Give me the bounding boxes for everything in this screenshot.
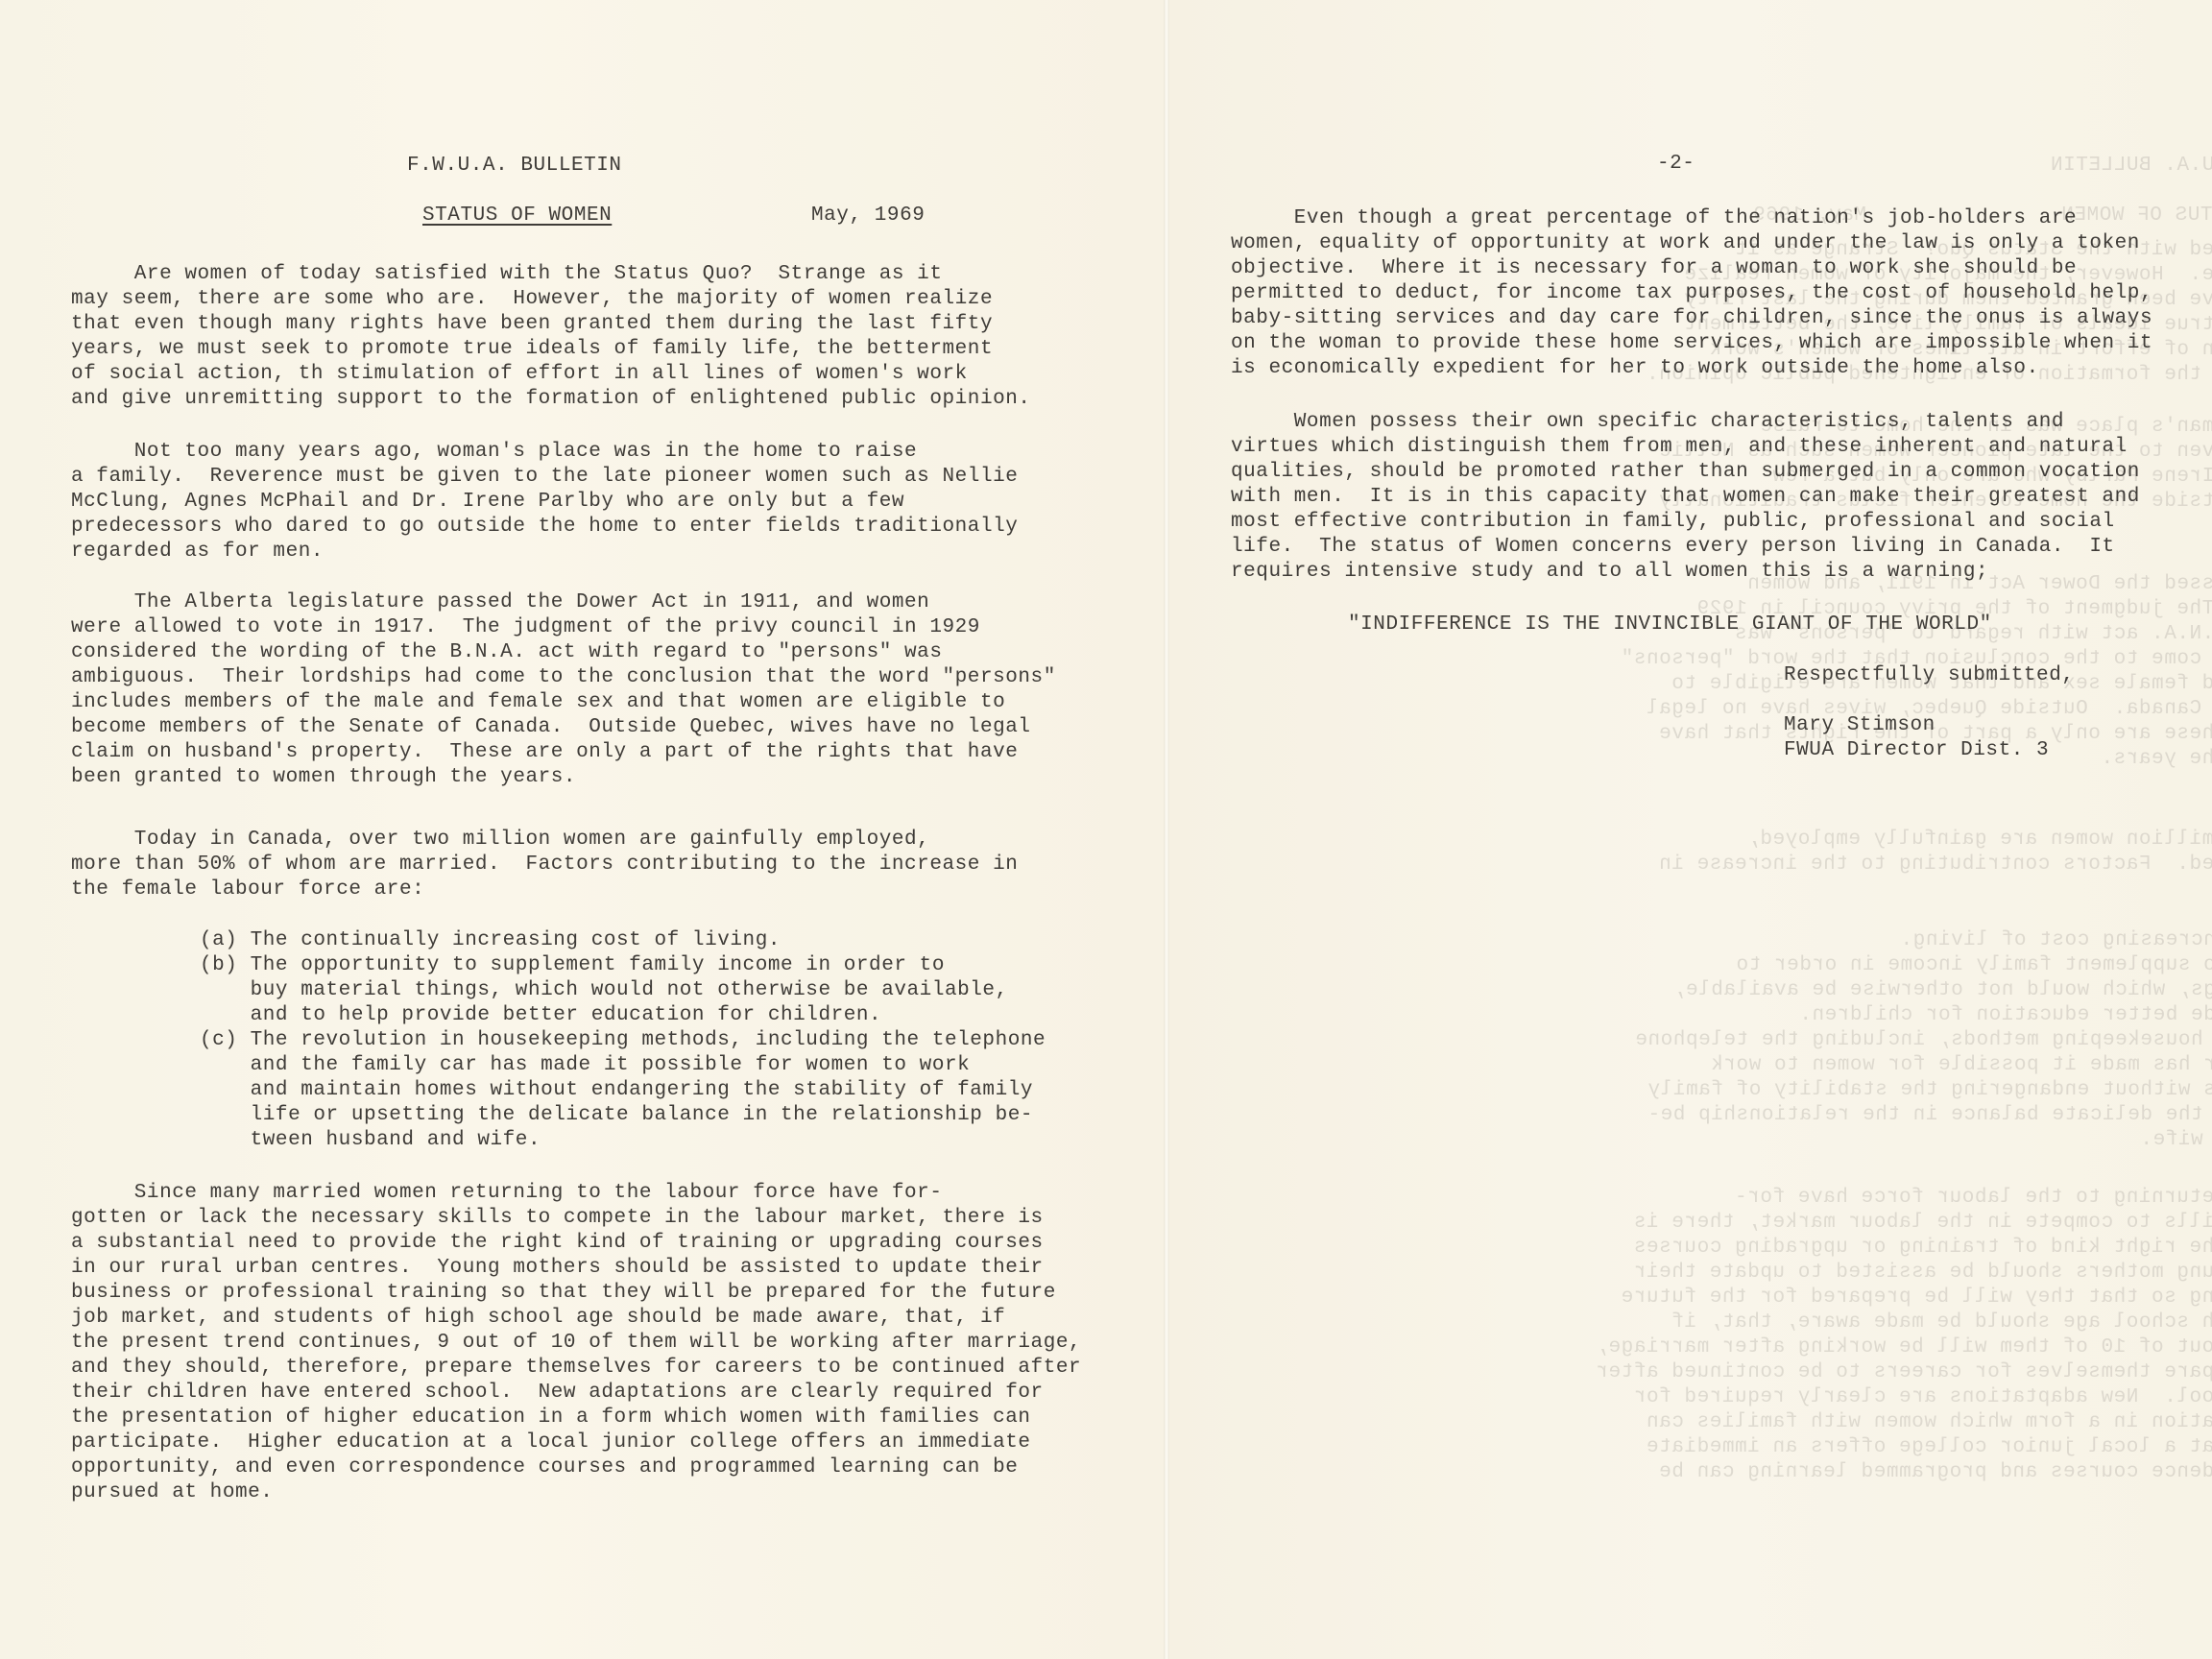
- bleed-line: job market, and students of high school …: [1671, 1310, 2212, 1335]
- text-line: in our rural urban centres. Young mother…: [71, 1256, 1044, 1281]
- text-line: participate. Higher education at a local…: [71, 1431, 1031, 1455]
- text-line: McClung, Agnes McPhail and Dr. Irene Par…: [71, 490, 904, 515]
- quote-indifference: "INDIFFERENCE IS THE INVINCIBLE GIANT OF…: [1348, 613, 1992, 637]
- text-line: a substantial need to provide the right …: [71, 1231, 1044, 1256]
- text-line: The Alberta legislature passed the Dower…: [71, 590, 929, 615]
- text-line: the presentation of higher education in …: [71, 1406, 1031, 1431]
- text-line: the present trend continues, 9 out of 10…: [71, 1331, 1081, 1356]
- bleed-line: been granted to women through the years.: [2101, 747, 2212, 772]
- text-line: considered the wording of the B.N.A. act…: [71, 640, 943, 665]
- bleed-line: F.W.U.A. BULLETIN: [2050, 154, 2212, 179]
- text-line: Today in Canada, over two million women …: [71, 828, 929, 853]
- bleed-line: opportunity, and even correspondence cou…: [1659, 1460, 2212, 1485]
- bleed-line: STATUS OF WOMEN: [2061, 204, 2212, 228]
- text-line: and they should, therefore, prepare them…: [71, 1356, 1081, 1381]
- list-item: tween husband and wife.: [200, 1128, 541, 1153]
- text-line: Are women of today satisfied with the St…: [71, 262, 943, 287]
- list-item: (c) The revolution in housekeeping metho…: [200, 1028, 1046, 1053]
- page-number: -2-: [1657, 152, 1695, 177]
- right-page: F.W.U.A. BULLETIN STATUS OF WOMEN May, 1…: [1169, 0, 2212, 1659]
- closing-line: Respectfully submitted,: [1784, 663, 2075, 688]
- text-line: requires intensive study and to all wome…: [1231, 560, 1988, 585]
- list-item: and to help provide better education for…: [200, 1003, 881, 1028]
- text-line: Not too many years ago, woman's place wa…: [71, 440, 917, 465]
- text-line: that even though many rights have been g…: [71, 312, 993, 337]
- bleed-line: in our rural urban centres. Young mother…: [1633, 1261, 2212, 1286]
- bleed-line: Since many married women returning to th…: [1735, 1186, 2212, 1211]
- text-line: the female labour force are:: [71, 878, 424, 902]
- text-line: years, we must seek to promote true idea…: [71, 337, 993, 362]
- text-line: their children have entered school. New …: [71, 1381, 1044, 1406]
- text-line: women, equality of opportunity at work a…: [1231, 231, 2140, 256]
- article-date: May, 1969: [811, 204, 925, 228]
- text-line: a family. Reverence must be given to the…: [71, 465, 1018, 490]
- bleed-line: buy material things, which would not oth…: [1672, 978, 2212, 1003]
- text-line: more than 50% of whom are married. Facto…: [71, 853, 1018, 878]
- text-line: pursued at home.: [71, 1480, 273, 1505]
- article-title: STATUS OF WOMEN: [422, 204, 612, 228]
- text-line: opportunity, and even correspondence cou…: [71, 1455, 1018, 1480]
- bleed-line: (b) The opportunity to supplement family…: [1736, 953, 2212, 978]
- bleed-line: (c) The revolution in housekeeping metho…: [1635, 1028, 2212, 1053]
- list-item: life or upsetting the delicate balance i…: [200, 1103, 1033, 1128]
- text-line: gotten or lack the necessary skills to c…: [71, 1206, 1044, 1231]
- text-line: most effective contribution in family, p…: [1231, 510, 2115, 535]
- bleed-line: Today in Canada, over two million women …: [1747, 828, 2212, 853]
- bleed-line: more than 50% of whom are married. Facto…: [1659, 853, 2212, 878]
- signature-name: Mary Stimson: [1784, 713, 1935, 738]
- bleed-line: and maintain homes without endangering t…: [1647, 1078, 2212, 1103]
- bleed-line: a substantial need to provide the right …: [1633, 1236, 2212, 1261]
- text-line: on the woman to provide these home servi…: [1231, 331, 2152, 356]
- text-line: Women possess their own specific charact…: [1231, 410, 2064, 435]
- text-line: includes members of the male and female …: [71, 690, 1005, 715]
- text-line: objective. Where it is necessary for a w…: [1231, 256, 2077, 281]
- text-line: Even though a great percentage of the na…: [1231, 206, 2077, 231]
- text-line: with men. It is in this capacity that wo…: [1231, 485, 2140, 510]
- bleed-line: (a) The continually increasing cost of l…: [1900, 928, 2212, 953]
- bulletin-header: F.W.U.A. BULLETIN: [407, 154, 622, 179]
- bleed-line: tween husband and wife.: [2140, 1128, 2212, 1153]
- text-line: business or professional training so tha…: [71, 1281, 1056, 1306]
- text-line: were allowed to vote in 1917. The judgme…: [71, 615, 980, 640]
- list-item: and maintain homes without endangering t…: [200, 1078, 1033, 1103]
- bleed-line: the presentation of higher education in …: [1646, 1410, 2212, 1435]
- bleed-line: and to help provide better education for…: [1799, 1003, 2212, 1028]
- bleed-line: and they should, therefore, prepare them…: [1596, 1360, 2212, 1385]
- text-line: claim on husband's property. These are o…: [71, 740, 1018, 765]
- text-line: become members of the Senate of Canada. …: [71, 715, 1031, 740]
- bleed-line: and the family car has made it possible …: [1711, 1053, 2212, 1078]
- text-line: life. The status of Women concerns every…: [1231, 535, 2115, 560]
- text-line: of social action, th stimulation of effo…: [71, 362, 968, 387]
- list-item: (a) The continually increasing cost of l…: [200, 928, 781, 953]
- bleed-line: business or professional training so tha…: [1621, 1286, 2212, 1310]
- list-item: (b) The opportunity to supplement family…: [200, 953, 945, 978]
- bleed-line: the present trend continues, 9 out of 10…: [1596, 1335, 2212, 1360]
- text-line: regarded as for men.: [71, 540, 324, 565]
- text-line: predecessors who dared to go outside the…: [71, 515, 1018, 540]
- text-line: baby-sitting services and day care for c…: [1231, 306, 2152, 331]
- text-line: may seem, there are some who are. Howeve…: [71, 287, 993, 312]
- list-item: and the family car has made it possible …: [200, 1053, 970, 1078]
- text-line: permitted to deduct, for income tax purp…: [1231, 281, 2152, 306]
- signature-title: FWUA Director Dist. 3: [1784, 738, 2049, 763]
- bleed-line: participate. Higher education at a local…: [1646, 1435, 2212, 1460]
- text-line: is economically expedient for her to wor…: [1231, 356, 2039, 381]
- list-item: buy material things, which would not oth…: [200, 978, 1008, 1003]
- text-line: and give unremitting support to the form…: [71, 387, 1031, 412]
- text-line: qualities, should be promoted rather tha…: [1231, 460, 2140, 485]
- text-line: ambiguous. Their lordships had come to t…: [71, 665, 1056, 690]
- text-line: been granted to women through the years.: [71, 765, 576, 790]
- text-line: virtues which distinguish them from men,…: [1231, 435, 2128, 460]
- text-line: job market, and students of high school …: [71, 1306, 1005, 1331]
- left-page: -2- Even though a great percentage of th…: [0, 0, 1164, 1659]
- bleed-line: life or upsetting the delicate balance i…: [1647, 1103, 2212, 1128]
- text-line: Since many married women returning to th…: [71, 1181, 943, 1206]
- bleed-line: their children have entered school. New …: [1633, 1385, 2212, 1410]
- bleed-line: gotten or lack the necessary skills to c…: [1633, 1211, 2212, 1236]
